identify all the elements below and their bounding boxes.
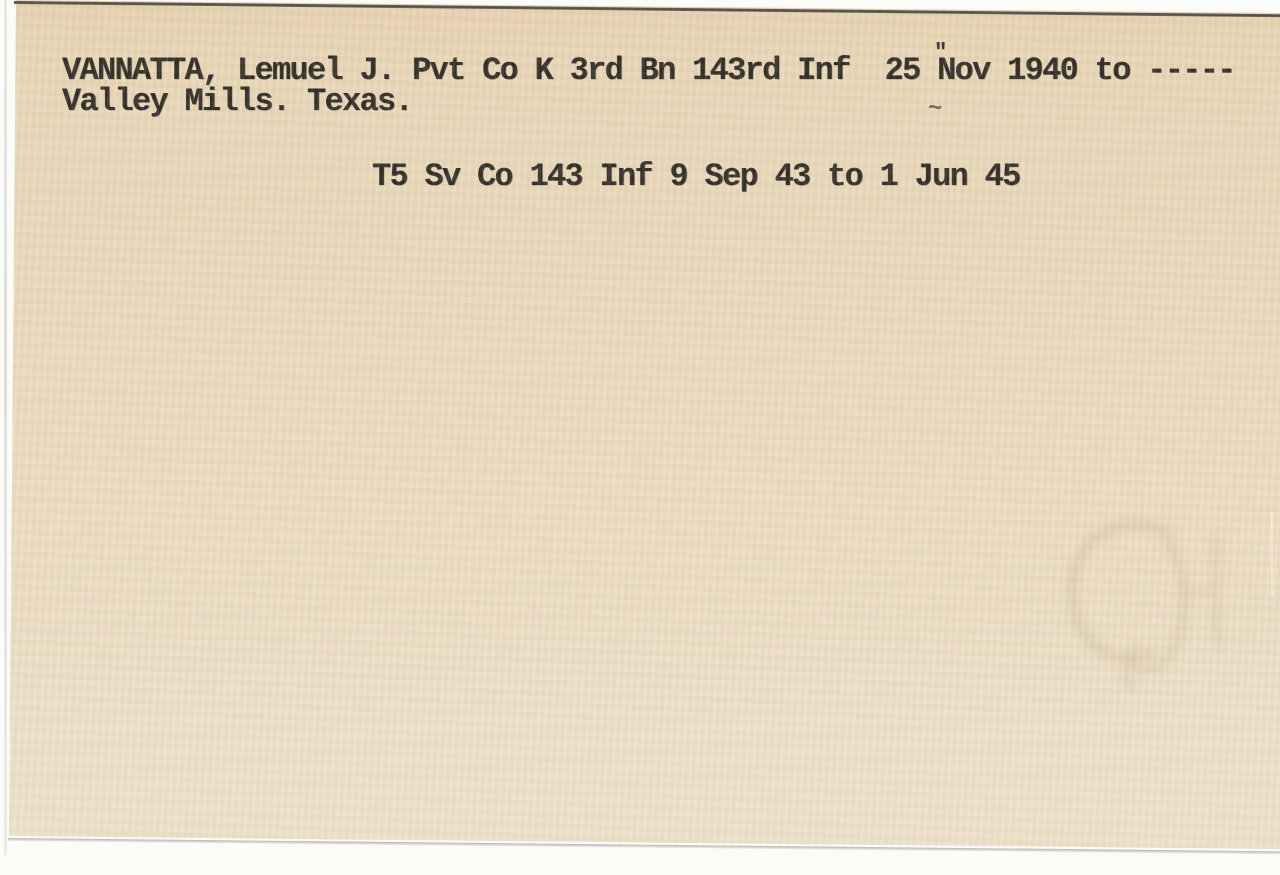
- overtype-mark-above-nov: ": [934, 40, 944, 65]
- scanner-scratch-line: [1271, 512, 1273, 597]
- stray-tilde-mark: ~: [928, 96, 942, 123]
- scanner-margin-line: [4, 0, 7, 855]
- scanned-page: VANNATTA, Lemuel J. Pvt Co K 3rd Bn 143r…: [0, 0, 1280, 875]
- typed-line-service-dates: T5 Sv Co 143 Inf 9 Sep 43 to 1 Jun 45: [372, 160, 1020, 194]
- typed-line-hometown: Valley Mills. Texas.: [62, 85, 412, 119]
- ink-bleed-smudge: [1015, 495, 1280, 705]
- index-card: VANNATTA, Lemuel J. Pvt Co K 3rd Bn 143r…: [0, 0, 1280, 875]
